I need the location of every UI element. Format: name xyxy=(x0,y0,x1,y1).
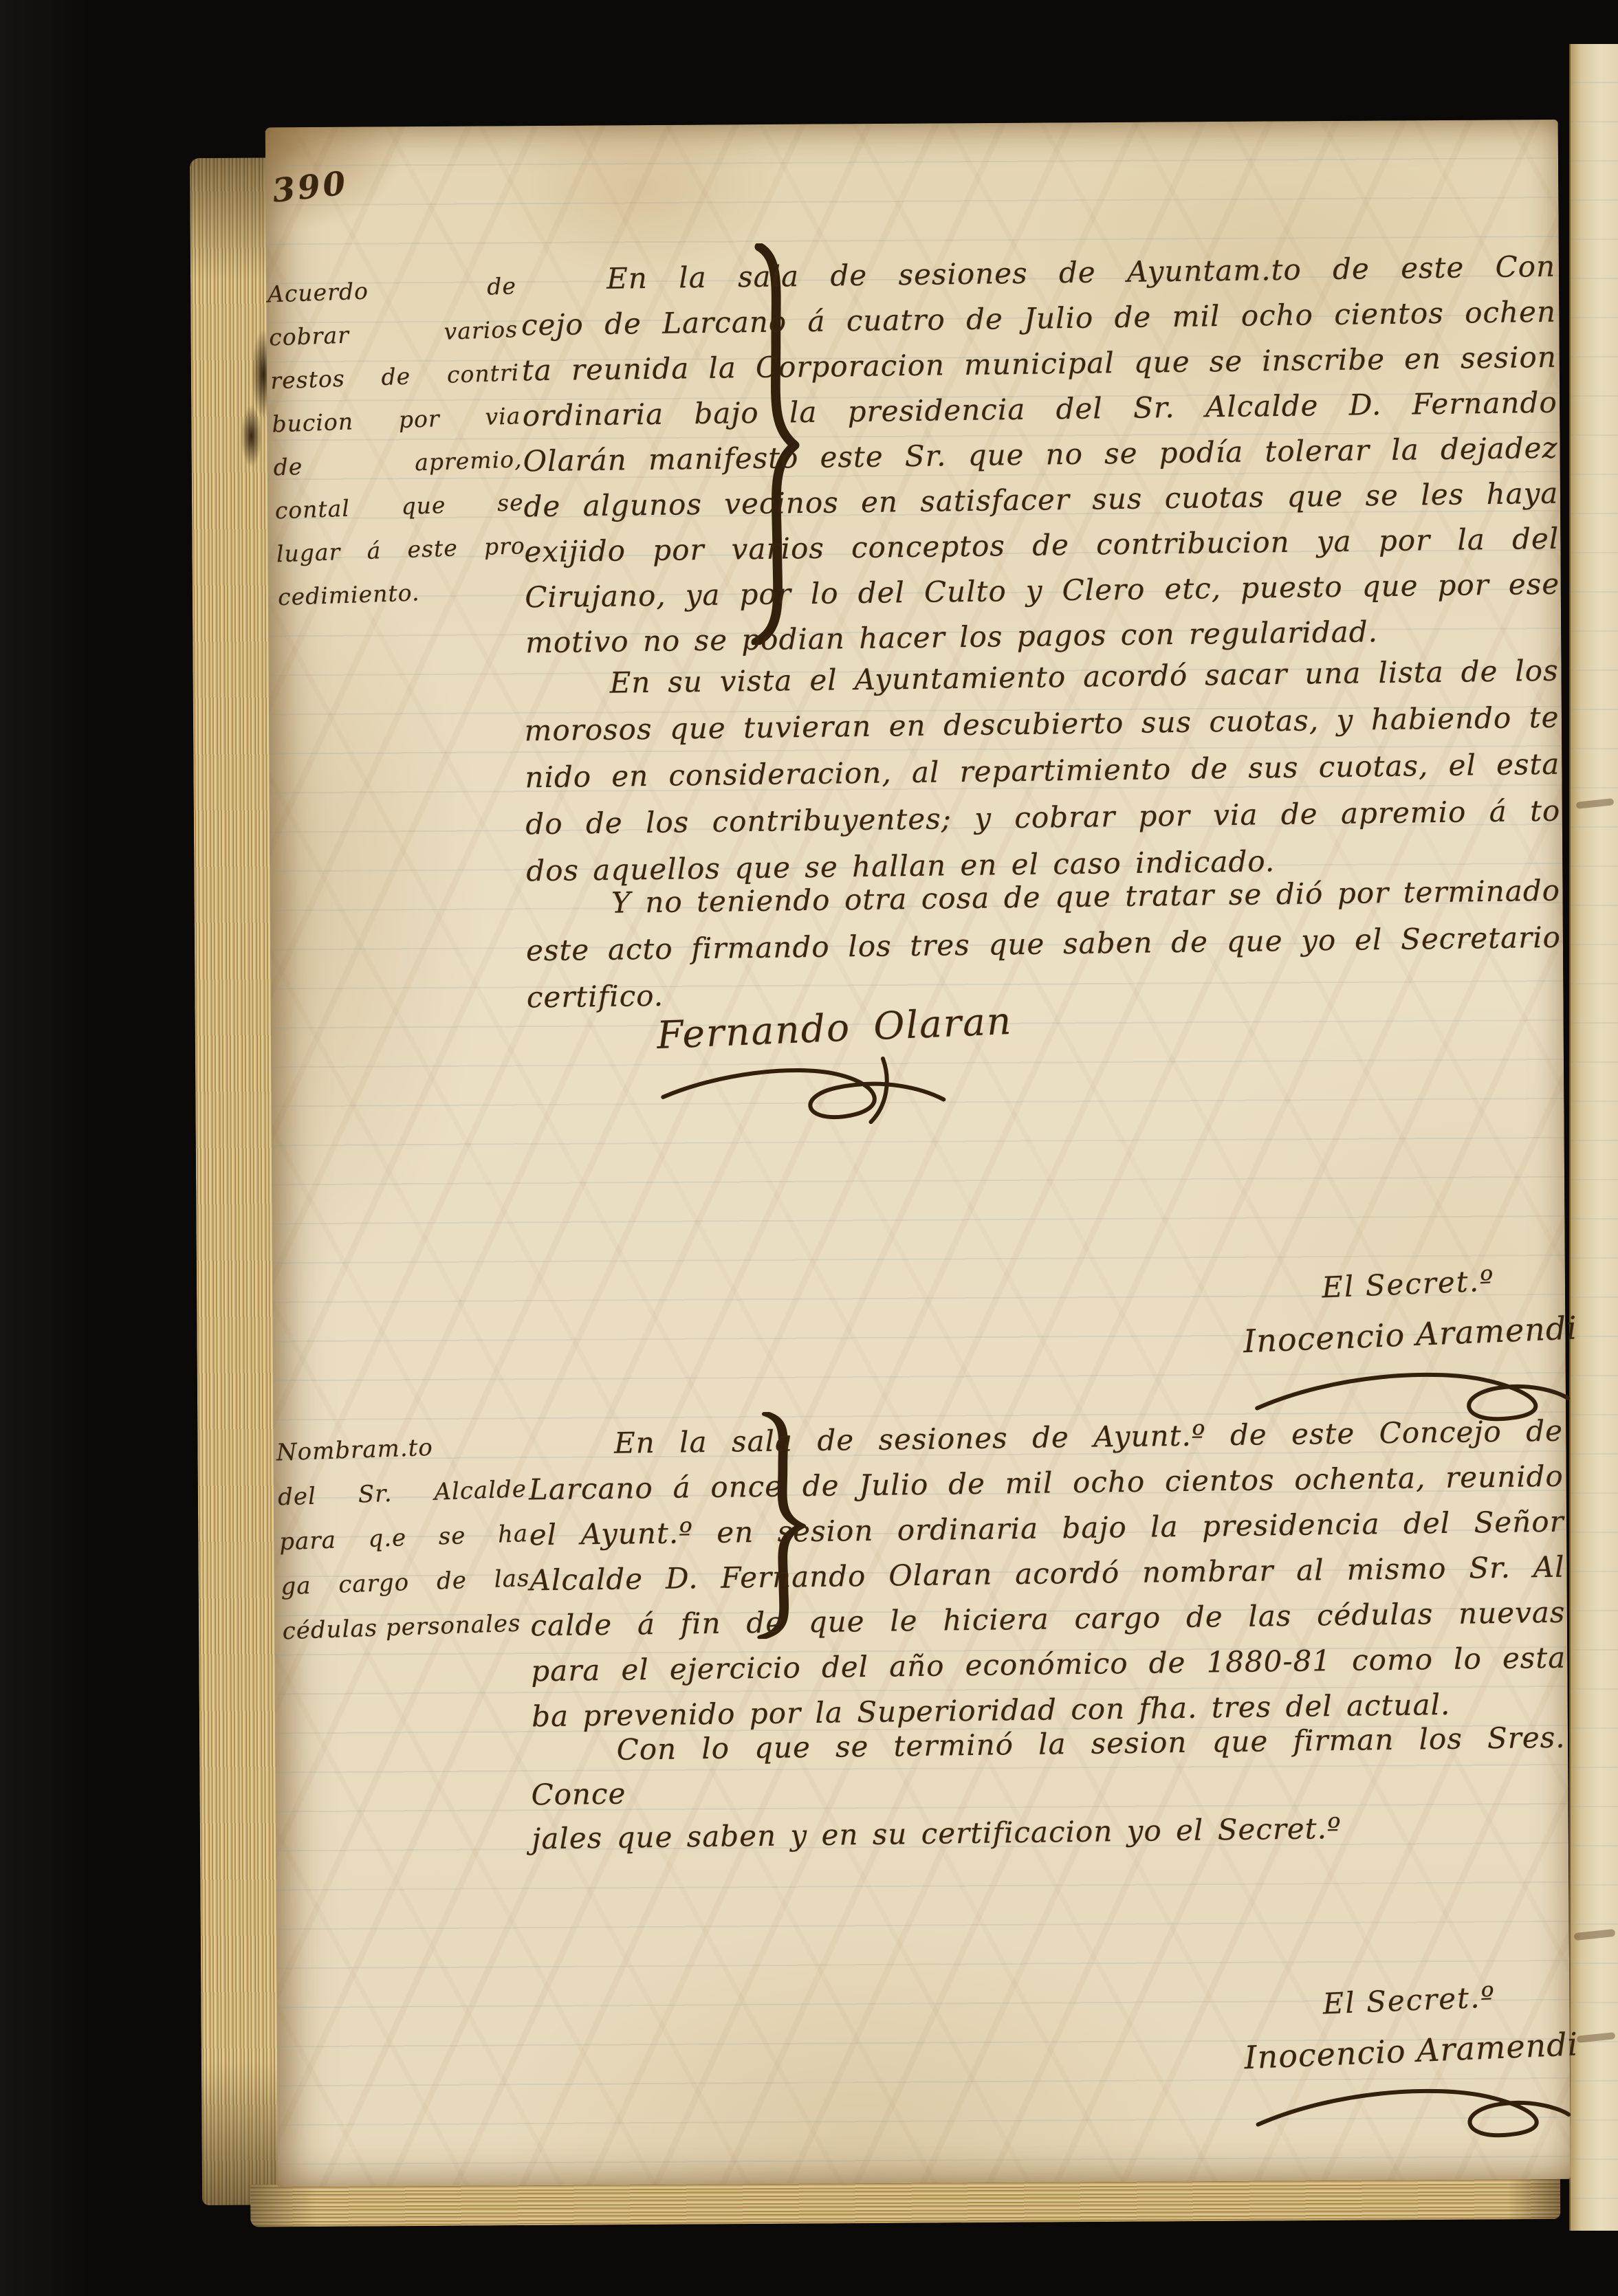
ruled-lines xyxy=(1571,44,1618,2231)
ink-smudge xyxy=(241,405,262,467)
margin-note-line: cedimiento. xyxy=(277,567,527,619)
photograph-background: 390 Acuerdo decobrar variosrestos de con… xyxy=(0,0,1618,2296)
margin-note-acuerdo-apremio: Acuerdo decobrar variosrestos de contrib… xyxy=(267,264,527,619)
ledger-book: 390 Acuerdo decobrar variosrestos de con… xyxy=(190,120,1571,2229)
margin-note-line: para q.e se ha xyxy=(278,1512,529,1565)
margin-note-line: del Sr. Alcalde xyxy=(277,1467,527,1520)
manuscript-line: Con lo que se terminó la sesion que firm… xyxy=(530,1716,1566,1818)
secretary-signature-block: El Secret.º Inocencio Aramendi xyxy=(1232,1253,1590,1435)
facing-page-edge xyxy=(1569,44,1618,2231)
margin-note-line: ga cargo de las xyxy=(280,1556,530,1609)
margin-note-line: Nombram.to xyxy=(276,1422,526,1475)
margin-note-line: cédulas personales xyxy=(282,1601,532,1654)
body-paragraph: En la sala de sesiones de Ayuntam.to de … xyxy=(521,244,1561,666)
body-paragraph: En la sala de sesiones de Ayunt.º de est… xyxy=(528,1409,1567,1740)
manuscript-page: 390 Acuerdo decobrar variosrestos de con… xyxy=(265,120,1571,2187)
body-paragraph: En su vista el Ayuntamiento acordó sacar… xyxy=(523,648,1561,895)
body-paragraph: Con lo que se terminó la sesion que firm… xyxy=(530,1716,1566,1862)
margin-note-line: lugar á este pro xyxy=(276,524,526,575)
rubric-flourish-icon xyxy=(1251,2072,1577,2150)
secretary-signature-block: El Secret.º Inocencio Aramendi xyxy=(1233,1969,1590,2151)
rubric-flourish-icon xyxy=(656,1052,952,1127)
margin-note-nombramiento-cedulas: Nombram.todel Sr. Alcaldepara q.e se hag… xyxy=(276,1422,532,1654)
